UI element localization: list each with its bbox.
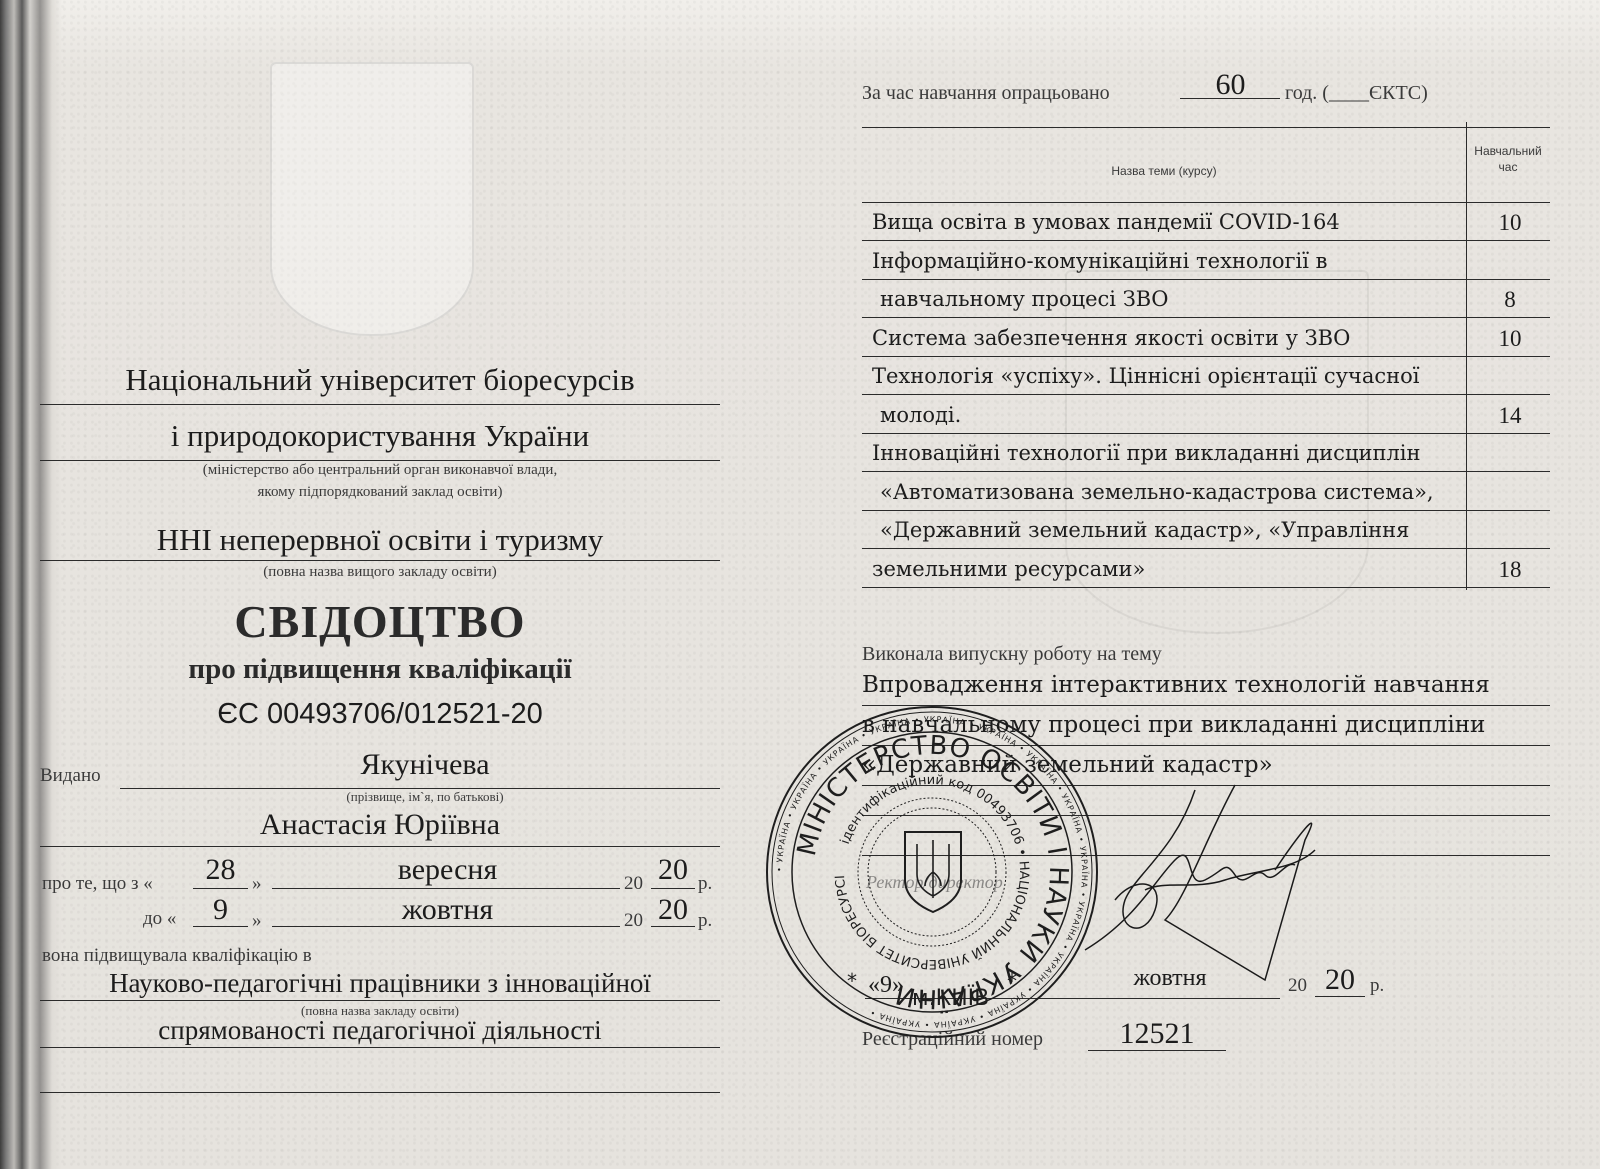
table-row-text: навчальному процесі ЗВО <box>880 287 1168 311</box>
svg-text:*: * <box>847 969 857 993</box>
issued-label: Видано <box>40 765 101 787</box>
year-prefix: 20 <box>624 910 643 932</box>
university-name-line1: Національний університет біоресурсів <box>40 362 720 398</box>
certificate-number: ЄС 00493706/012521-20 <box>40 698 720 731</box>
surname-field: Якунічева <box>130 748 720 782</box>
to-day: 9 <box>193 893 248 927</box>
coat-of-arms-watermark-icon <box>270 62 474 336</box>
table-row-hours: 10 <box>1470 210 1550 236</box>
header-course-name: Назва теми (курсу) <box>862 164 1466 178</box>
table-row-border <box>862 433 1550 434</box>
header-hours-line1: Навчальний <box>1466 143 1550 159</box>
qualification-line1: Науково-педагогічні працівники з інновац… <box>40 968 720 999</box>
table-row-border <box>862 548 1550 549</box>
table-row-border <box>862 356 1550 357</box>
table-row-text: Система забезпечення якості освіти у ЗВО <box>872 326 1350 350</box>
qualification-line2: спрямованості педагогічної діяльності <box>40 1015 720 1046</box>
svg-text:*: * <box>1007 969 1017 993</box>
year-suffix: р. <box>698 910 712 932</box>
university-name-line2: і природокористування України <box>40 418 720 454</box>
quote-close: » <box>252 910 262 932</box>
from-label: про те, що з « <box>42 873 153 895</box>
table-row-text: «Автоматизована земельно-кадастрова сист… <box>880 480 1434 504</box>
thesis-line: Впровадження інтерактивних технологій на… <box>862 672 1490 698</box>
official-seal-icon: • УКРАЇНА • УКРАЇНА • УКРАЇНА • УКРАЇНА … <box>762 700 1102 1045</box>
caption-name: (прізвище, ім`я, по батькові) <box>130 789 720 805</box>
to-month: жовтня <box>275 893 620 927</box>
to-label: до « <box>143 908 176 930</box>
table-row-hours: 8 <box>1470 287 1550 313</box>
from-day: 28 <box>193 853 248 887</box>
caption-ministry-1: (міністерство або центральний орган вико… <box>40 462 720 479</box>
table-row-text: Інноваційні технології при викладанні ди… <box>872 441 1421 465</box>
table-row-border <box>862 587 1550 588</box>
hours-suffix: год. (____ЄКТС) <box>1285 82 1428 105</box>
table-row-text: молоді. <box>880 403 961 427</box>
registration-number: 12521 <box>1088 1017 1226 1051</box>
to-year: 20 <box>651 893 695 927</box>
caption-institution: (повна назва вищого закладу освіти) <box>40 564 720 581</box>
table-row-border <box>862 394 1550 395</box>
header-hours-line2: час <box>1466 159 1550 175</box>
table-row-text: Інформаційно-комунікаційні технології в <box>872 249 1328 273</box>
table-row-text: Технологія «успіху». Ціннісні орієнтації… <box>872 364 1419 388</box>
certificate-title: СВІДОЦТВО <box>40 595 720 648</box>
hours-value: 60 <box>1183 68 1278 102</box>
year-suffix: р. <box>698 873 712 895</box>
hours-label: За час навчання опрацьовано <box>862 82 1110 105</box>
certificate-subtitle: про підвищення кваліфікації <box>40 653 720 686</box>
year-prefix: 20 <box>624 873 643 895</box>
table-row-text: земельними ресурсами» <box>872 557 1145 581</box>
table-row-hours: 14 <box>1470 403 1550 429</box>
signature-icon <box>1075 780 1375 1000</box>
table-header-border <box>862 202 1550 203</box>
qualification-label: вона підвищувала кваліфікацію в <box>42 945 312 967</box>
given-names-field: Анастасія Юріївна <box>40 808 720 842</box>
table-row-border <box>862 240 1550 241</box>
thesis-label: Виконала випускну роботу на тему <box>862 643 1162 666</box>
from-year: 20 <box>651 853 695 887</box>
stamp-city: м.КИЇВ <box>912 985 989 1011</box>
table-row-text: «Державний земельний кадастр», «Управлін… <box>880 518 1409 542</box>
table-row-border <box>862 317 1550 318</box>
table-row-border <box>862 471 1550 472</box>
caption-ministry-2: якому підпорядкований заклад освіти) <box>40 484 720 501</box>
quote-close: » <box>252 873 262 895</box>
trident-icon <box>905 832 961 912</box>
table-row-hours: 10 <box>1470 326 1550 352</box>
table-row-border <box>862 510 1550 511</box>
table-top-border <box>862 127 1550 128</box>
table-row-border <box>862 279 1550 280</box>
institute-name: ННІ неперервної освіти і туризму <box>40 522 720 558</box>
table-row-hours: 18 <box>1470 557 1550 583</box>
table-row-text: Вища освіта в умовах пандемії COVID-164 <box>872 210 1340 234</box>
from-month: вересня <box>275 853 620 887</box>
header-hours: Навчальний час <box>1466 143 1550 175</box>
